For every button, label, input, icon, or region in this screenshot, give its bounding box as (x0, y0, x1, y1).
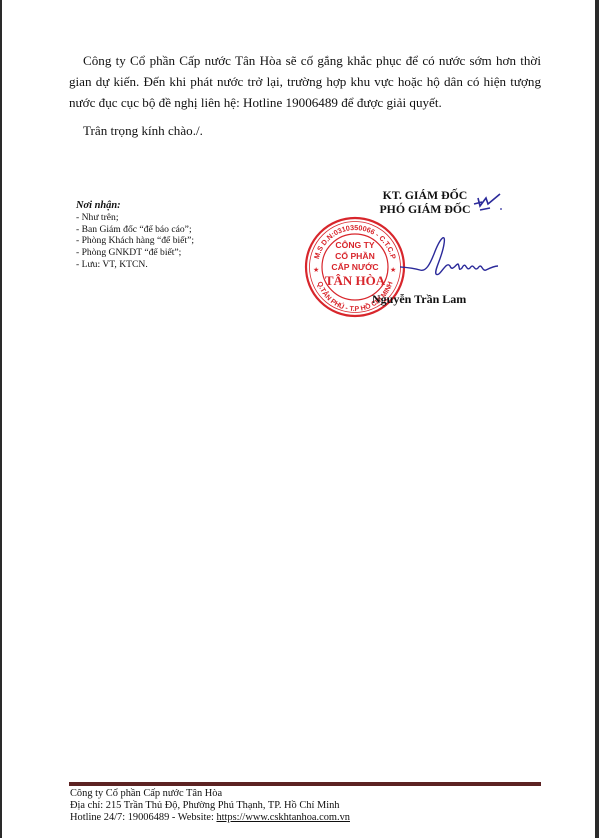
svg-text:★: ★ (313, 266, 319, 274)
closing-line: Trân trọng kính chào./. (83, 120, 555, 141)
footer-divider (69, 782, 541, 786)
handwritten-signature-icon (400, 230, 500, 290)
svg-text:CẤP NƯỚC: CẤP NƯỚC (331, 261, 378, 272)
footer-contact: Hotline 24/7: 19006489 - Website: https:… (70, 812, 350, 824)
page-border-right (595, 0, 599, 838)
recipient-item: - Phòng Khách hàng “để biết”; (76, 235, 194, 247)
page-border-left (0, 0, 2, 838)
recipient-item: - Ban Giám đốc “để báo cáo”; (76, 224, 194, 236)
svg-text:TÂN HÒA: TÂN HÒA (325, 273, 386, 288)
footer-address: Địa chỉ: 215 Trần Thủ Độ, Phường Phú Thạ… (70, 800, 350, 812)
svg-text:CÔNG TY: CÔNG TY (335, 239, 374, 250)
recipient-item: - Phòng GNKDT “để biết”; (76, 247, 194, 259)
website-link[interactable]: https://www.cskhtanhoa.com.vn (216, 812, 350, 823)
footer-company: Công ty Cổ phần Cấp nước Tân Hòa (70, 788, 350, 800)
recipient-item: - Lưu: VT, KTCN. (76, 259, 194, 271)
svg-text:★: ★ (390, 266, 396, 274)
recipients-block: Nơi nhận: - Như trên; - Ban Giám đốc “để… (76, 200, 194, 271)
initials-mark-icon (468, 190, 504, 214)
recipients-label: Nơi nhận: (76, 200, 194, 212)
footer-hotline: Hotline 24/7: 19006489 - Website: (70, 812, 216, 823)
body-paragraph: Công ty Cổ phần Cấp nước Tân Hòa sẽ cố g… (69, 50, 541, 113)
recipient-item: - Như trên; (76, 212, 194, 224)
svg-text:CỔ PHẦN: CỔ PHẦN (335, 250, 375, 261)
footer: Công ty Cổ phần Cấp nước Tân Hòa Địa chỉ… (70, 788, 350, 825)
signer-name: Nguyễn Trần Lam (372, 292, 466, 307)
